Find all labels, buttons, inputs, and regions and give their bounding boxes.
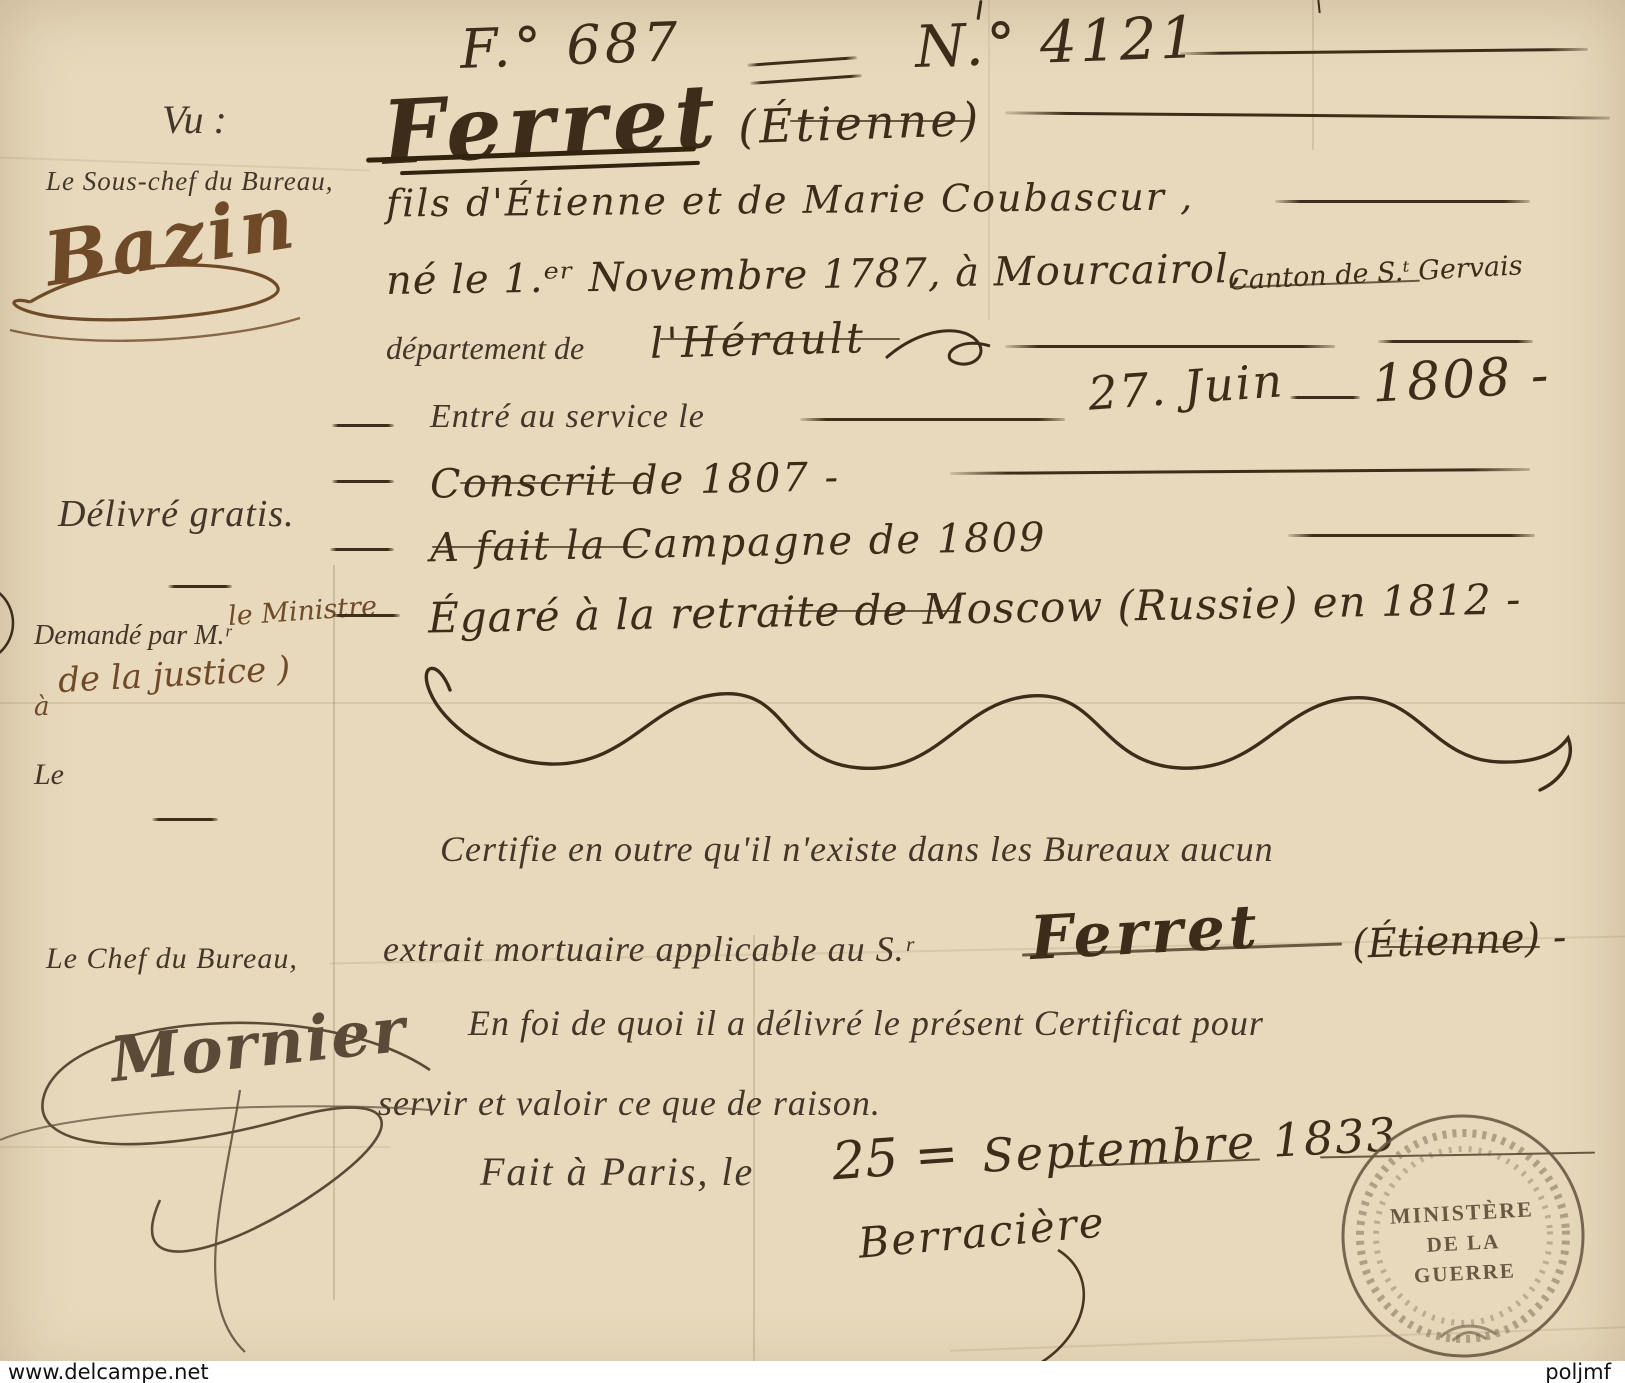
canton-note: Canton de S.ᵗ Gervais — [1227, 250, 1523, 296]
pen-stroke — [770, 610, 960, 612]
campagne-line: A fait la Campagne de 1809 — [430, 515, 1047, 572]
lead-dash — [332, 614, 400, 617]
chef-signature-flourish — [0, 960, 450, 1360]
margin-dash — [168, 585, 232, 588]
dept-value: l'Hérault — [649, 313, 866, 368]
fill-line — [950, 468, 1530, 475]
soldier-firstname: (Étienne) — [737, 92, 982, 154]
margin-dash — [152, 818, 218, 821]
certify-line-1: Certifie en outre qu'il n'existe dans le… — [440, 828, 1274, 870]
lead-dash — [330, 548, 394, 551]
pen-stroke — [660, 338, 900, 340]
stamp-line-3: GUERRE — [1413, 1258, 1516, 1287]
certify-line-2: extrait mortuaire applicable au S.ʳ — [383, 928, 914, 970]
folio-dash — [747, 56, 857, 67]
fill-line — [1378, 340, 1533, 343]
fill-line — [1180, 48, 1588, 55]
watermark-right: poljmf — [1545, 1361, 1611, 1383]
edge-mark — [0, 588, 26, 658]
document-page: F.° 687 N.° 4121 Ferret (Étienne) Vu : L… — [0, 0, 1625, 1383]
margin-demande-label: Demandé par M.ʳ — [34, 620, 231, 652]
margin-le-label: Le — [34, 758, 64, 792]
certify-line-4: servir et valoir ce que de raison. — [378, 1082, 881, 1124]
certify-name: Ferret — [1028, 892, 1262, 974]
fill-line — [1275, 200, 1530, 203]
margin-demande-hand3: à — [34, 692, 50, 722]
fold-crease — [1312, 0, 1314, 150]
fill-line — [1005, 345, 1335, 348]
dateline-day: 25 = — [830, 1124, 960, 1193]
margin-delivre-gratis: Délivré gratis. — [58, 492, 295, 536]
margin-demande-hand2: de la justice ) — [57, 649, 291, 701]
conscrit-line: Conscrit de 1807 - — [430, 454, 841, 507]
stamp-line-1: MINISTÈRE — [1389, 1196, 1534, 1228]
fill-line — [1288, 534, 1535, 537]
fill-line — [1290, 396, 1360, 399]
service-year: 1808 - — [1371, 345, 1552, 414]
fill-line — [800, 418, 1065, 421]
closing-flourish — [400, 630, 1580, 810]
pen-stroke — [432, 546, 642, 548]
pen-stroke — [790, 120, 970, 122]
lead-dash — [332, 424, 394, 427]
watermark-strip: www.delcampe.net poljmf — [0, 1361, 1625, 1383]
souschef-signature-flourish — [0, 240, 320, 350]
lead-dash — [332, 480, 394, 483]
birth-line: né le 1.ᵉʳ Novembre 1787, à Mourcairol, — [386, 246, 1243, 304]
dateline-label: Fait à Paris, le — [480, 1148, 754, 1195]
dept-flourish — [880, 318, 1010, 378]
folio-dash — [750, 74, 862, 85]
certify-line-3: En foi de quoi il a délivré le présent C… — [468, 1002, 1264, 1044]
ministry-stamp: MINISTÈRE DE LA GUERRE — [1328, 1101, 1597, 1370]
pen-stroke — [460, 482, 650, 484]
service-date: 27. Juin — [1086, 353, 1285, 421]
filiation-line: fils d'Étienne et de Marie Coubascur , — [386, 174, 1194, 225]
dept-label: département de — [386, 330, 584, 367]
service-label: Entré au service le — [430, 398, 705, 436]
watermark-left: www.delcampe.net — [8, 1361, 209, 1383]
fill-line — [1005, 111, 1610, 119]
margin-demande-hand1: le Ministre — [227, 591, 378, 632]
stamp-line-2: DE LA — [1426, 1229, 1501, 1257]
registry-number: N.° 4121 — [914, 3, 1201, 81]
certify-name-suffix: (Étienne) - — [1351, 914, 1567, 967]
margin-vu-label: Vu : — [162, 96, 227, 143]
pen-stroke — [1380, 946, 1540, 948]
pen-mark — [1317, 0, 1320, 13]
